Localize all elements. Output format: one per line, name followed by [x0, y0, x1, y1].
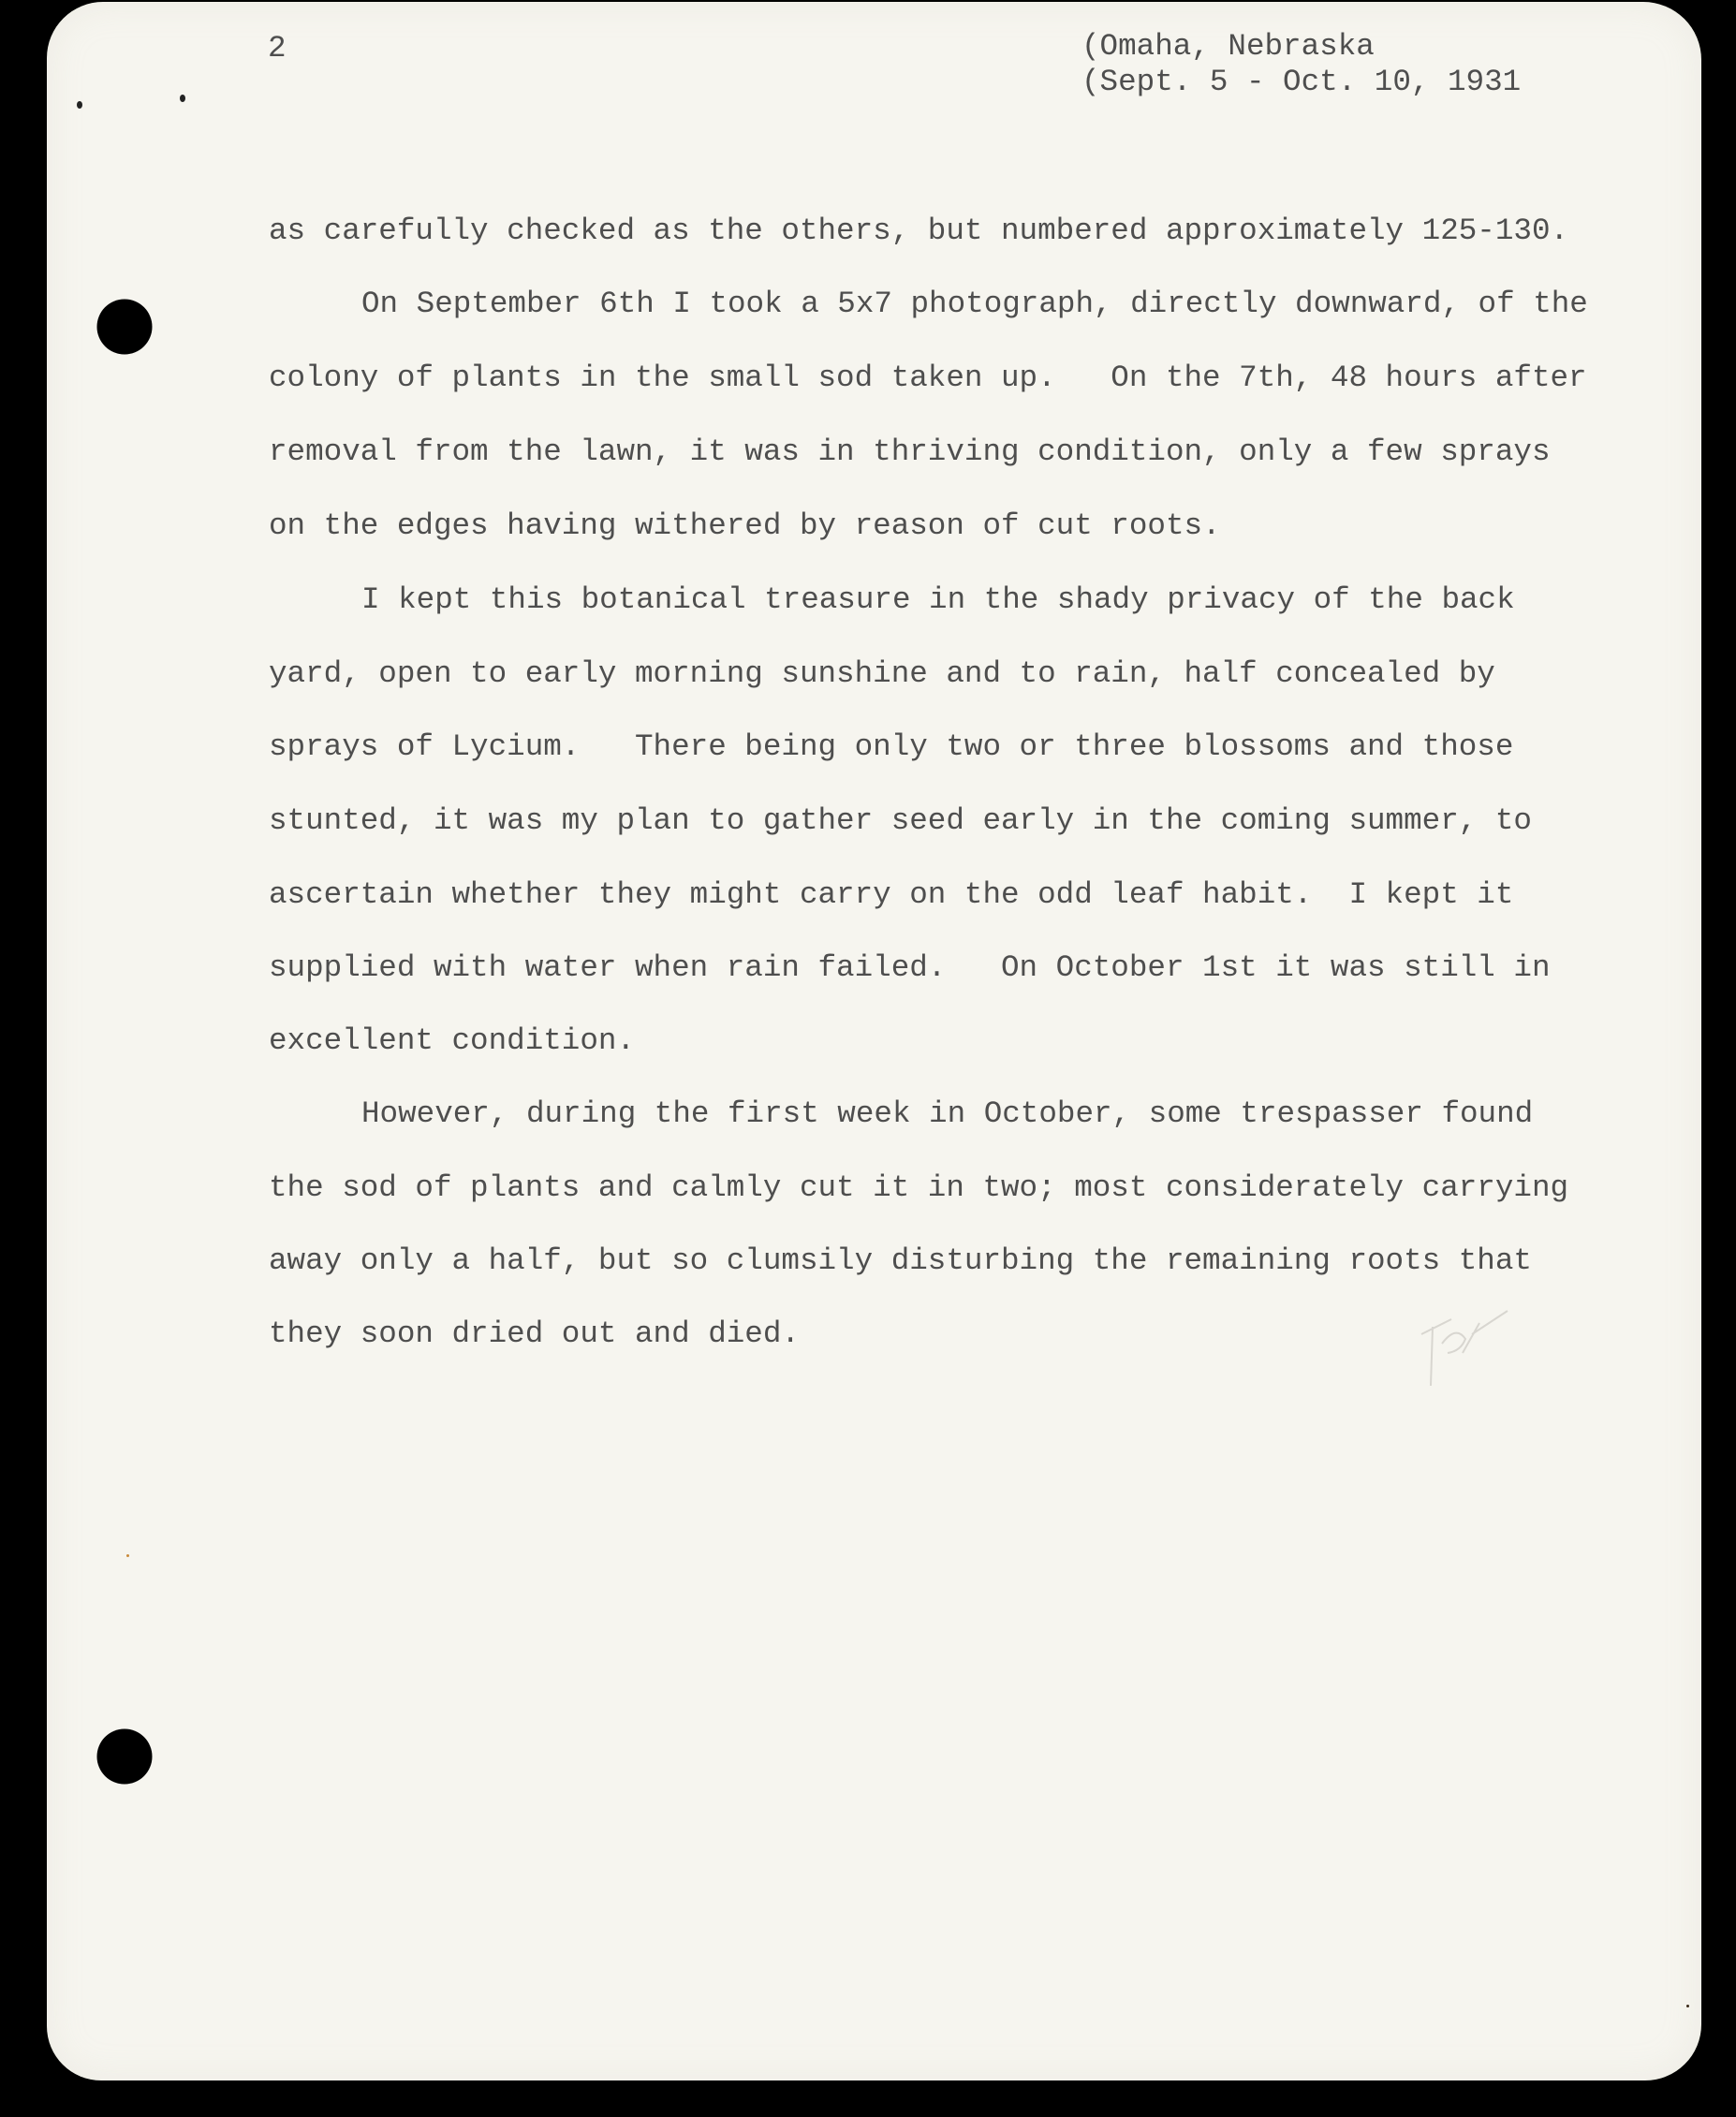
- pinhole-mark: [77, 101, 82, 109]
- body-line: sprays of Lycium. There being only two o…: [269, 728, 1513, 766]
- header-date-range: (Sept. 5 - Oct. 10, 1931: [1081, 64, 1521, 101]
- body-line: the sod of plants and calmly cut it in t…: [269, 1169, 1568, 1207]
- page-number: 2: [268, 30, 287, 67]
- body-line-paragraph-start: I kept this botanical treasure in the sh…: [361, 581, 1515, 619]
- body-line: stunted, it was my plan to gather seed e…: [269, 802, 1532, 840]
- binder-hole-top: [97, 300, 153, 355]
- body-line: as carefully checked as the others, but …: [269, 213, 1568, 250]
- body-line-paragraph-start: On September 6th I took a 5x7 photograph…: [361, 286, 1588, 323]
- body-line: they soon dried out and died.: [269, 1316, 800, 1353]
- paper-speck: [126, 1554, 129, 1557]
- body-line: removal from the lawn, it was in thrivin…: [269, 434, 1551, 471]
- body-line: supplied with water when rain failed. On…: [269, 949, 1551, 987]
- body-line: excellent condition.: [269, 1022, 635, 1060]
- body-line-paragraph-start: However, during the first week in Octobe…: [361, 1095, 1533, 1133]
- paper-speck: [1686, 2005, 1689, 2007]
- header-location: (Omaha, Nebraska: [1081, 28, 1375, 66]
- body-line: away only a half, but so clumsily distur…: [269, 1242, 1532, 1280]
- body-line: yard, open to early morning sunshine and…: [269, 655, 1495, 693]
- body-line: colony of plants in the small sod taken …: [269, 360, 1587, 397]
- pencil-initials-mark: [1414, 1306, 1517, 1390]
- body-line: ascertain whether they might carry on th…: [269, 876, 1513, 914]
- body-line: on the edges having withered by reason o…: [269, 507, 1221, 545]
- pinhole-mark: [180, 95, 185, 102]
- binder-hole-bottom: [97, 1729, 153, 1785]
